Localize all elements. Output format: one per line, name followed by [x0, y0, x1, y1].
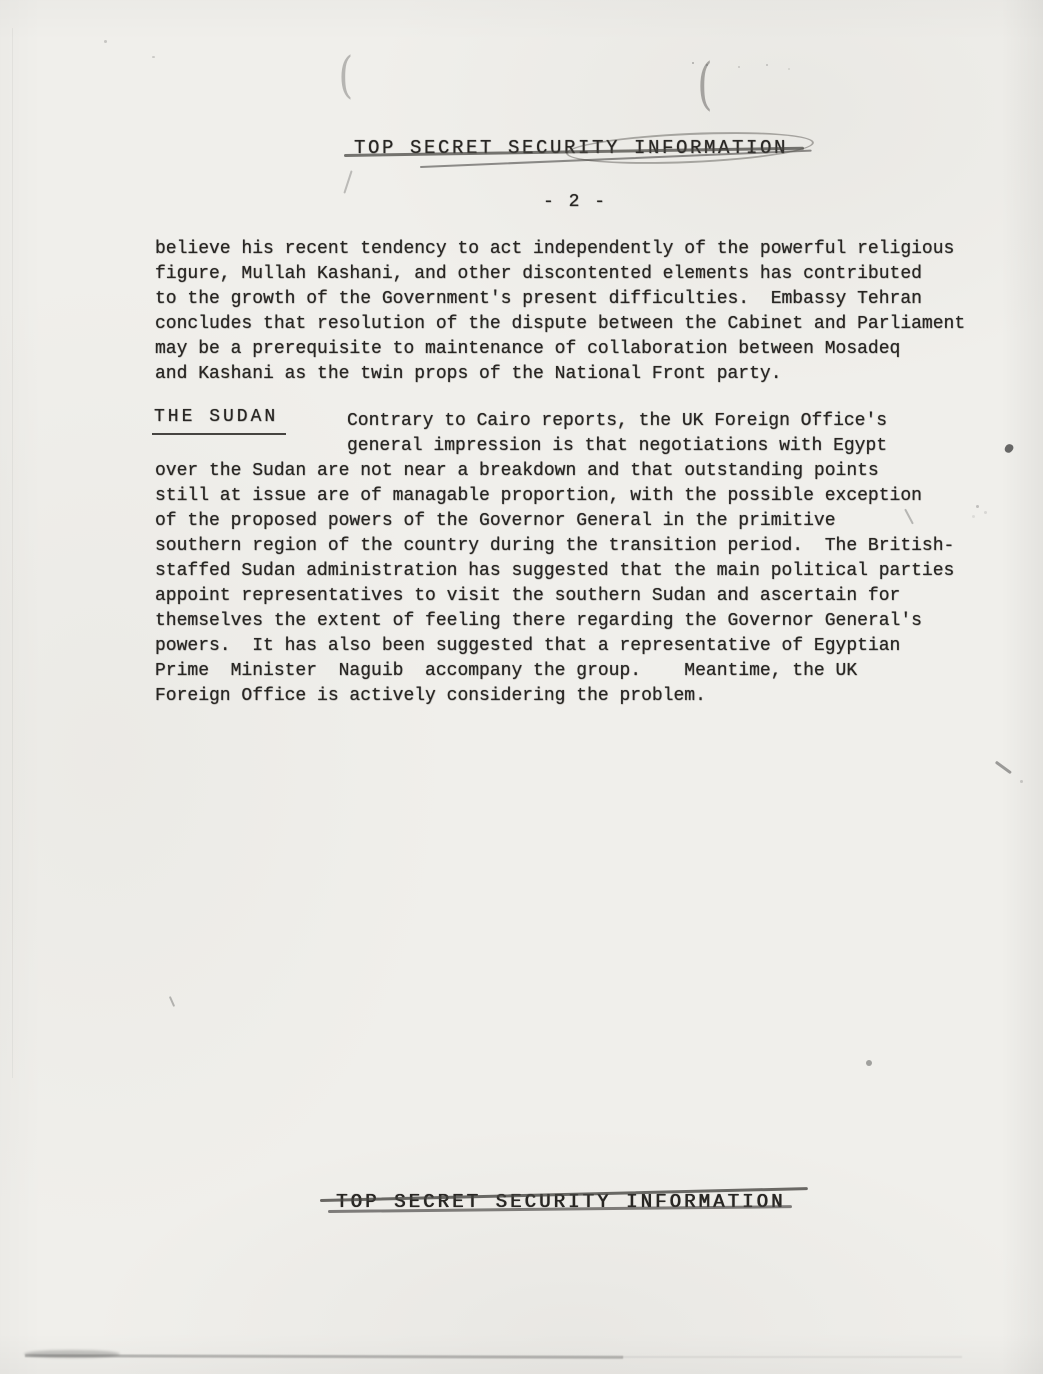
text-line: Prime Minister Naguib accompany the grou…: [155, 659, 954, 684]
page-number: - 2 -: [543, 192, 607, 212]
scan-slash-mark: [343, 170, 352, 193]
paragraph-sudan: Contrary to Cairo reports, the UK Foreig…: [155, 409, 954, 709]
text-line: of the proposed powers of the Governor G…: [155, 509, 954, 534]
scan-mark-paren-right: (: [697, 52, 712, 117]
scan-mark-paren-left: (: [338, 46, 353, 104]
text-line: Contrary to Cairo reports, the UK Foreig…: [155, 409, 954, 434]
scan-specks-top: [692, 62, 694, 64]
text-line: Foreign Office is actively considering t…: [155, 684, 954, 709]
scan-edge-line: [12, 28, 13, 1078]
scan-smudge: [24, 1350, 120, 1358]
text-line: staffed Sudan administration has suggest…: [155, 559, 954, 584]
scan-speck: [1020, 780, 1023, 783]
scan-dot: [866, 1060, 872, 1066]
scan-smudge-line: [622, 1356, 962, 1358]
text-line: appoint representatives to visit the sou…: [155, 584, 954, 609]
scan-smudge-line: [25, 1354, 623, 1359]
text-line: to the growth of the Government's presen…: [155, 287, 965, 312]
text-line: concludes that resolution of the dispute…: [155, 312, 965, 337]
text-line: general impression is that negotiations …: [155, 434, 954, 459]
document-page: ( ( TOP SECRET SECURITY INFORMATION - 2 …: [0, 0, 1043, 1374]
scan-speck: [104, 40, 107, 43]
text-line: over the Sudan are not near a breakdown …: [155, 459, 954, 484]
text-line: and Kashani as the twin props of the Nat…: [155, 362, 965, 387]
paragraph-iran: believe his recent tendency to act indep…: [155, 237, 965, 387]
scan-diagonal-mark: [995, 761, 1012, 774]
ink-speck: [1004, 443, 1015, 454]
scan-specks: [976, 505, 979, 508]
text-line: figure, Mullah Kashani, and other discon…: [155, 262, 965, 287]
pencil-loop: [565, 128, 814, 169]
text-line: may be a prerequisite to maintenance of …: [155, 337, 965, 362]
scan-tick-mark: [169, 996, 175, 1007]
text-line: believe his recent tendency to act indep…: [155, 237, 965, 262]
text-line: still at issue are of managable proporti…: [155, 484, 954, 509]
text-line: southern region of the country during th…: [155, 534, 954, 559]
text-line: themselves the extent of feeling there r…: [155, 609, 954, 634]
scan-speck: [152, 56, 155, 58]
text-line: powers. It has also been suggested that …: [155, 634, 954, 659]
